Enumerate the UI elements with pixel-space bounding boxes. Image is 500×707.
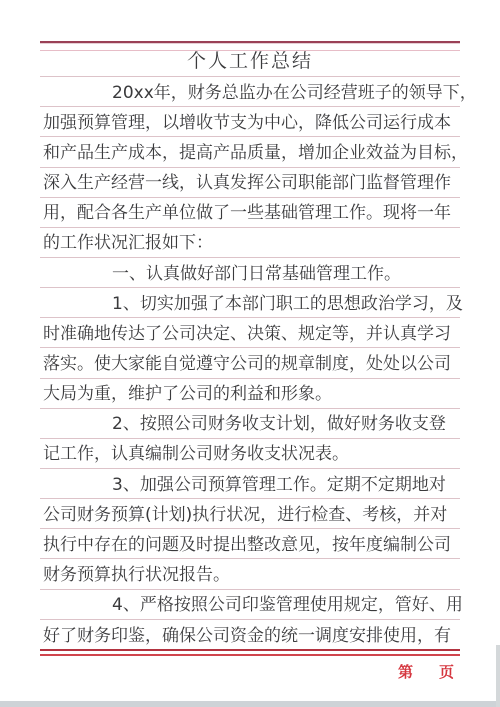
handwritten-line: 财务预算执行状况报告。 (40, 559, 460, 589)
handwritten-line: 记工作，认真编制公司财务收支状况表。 (40, 439, 460, 469)
handwritten-line: 时准确地传达了公司决定、决策、规定等，并认真学习 (40, 318, 460, 348)
handwritten-line: 2、按照公司财务收支计划，做好财务收支登 (40, 409, 460, 439)
handwritten-line: 大局为重，维护了公司的利益和形象。 (40, 379, 460, 409)
handwritten-line: 公司财务预算(计划)执行状况，进行检查、考核，并对 (40, 499, 460, 529)
handwritten-line: 4、严格按照公司印鉴管理使用规定，管好、用 (40, 590, 460, 620)
document-title: 个人工作总结 (40, 47, 460, 77)
footer-page-prefix: 第 (398, 661, 413, 682)
handwritten-line: 的工作状况汇报如下： (40, 228, 460, 258)
handwritten-line: 加强预算管理，以增收节支为中心，降低公司运行成本 (40, 107, 460, 137)
top-margin-rule-thick (40, 41, 460, 43)
ruled-writing-area: 个人工作总结 20xx年，财务总监办在公司经营班子的领导下，加强预算管理，以增收… (40, 47, 460, 650)
handwritten-line: 好了财务印鉴，确保公司资金的统一调度安排使用，有 (40, 620, 460, 650)
handwritten-line: 和产品生产成本，提高产品质量，增加企业效益为目标， (40, 137, 460, 167)
handwritten-line: 落实。使大家能自觉遵守公司的规章制度，处处以公司 (40, 348, 460, 378)
photo-edge-bottom (0, 701, 500, 707)
handwritten-line: 深入生产经营一线，认真发挥公司职能部门监督管理作 (40, 168, 460, 198)
bottom-margin-rule-thick (40, 649, 460, 651)
bottom-margin-rule-thin (40, 654, 460, 656)
footer-page-suffix: 页 (439, 661, 454, 682)
handwritten-line: 3、加强公司预算管理工作。定期不定期地对 (40, 469, 460, 499)
handwritten-line: 一、认真做好部门日常基础管理工作。 (40, 258, 460, 288)
photo-edge-right (496, 645, 500, 707)
handwritten-line: 执行中存在的问题及时提出整改意见，按年度编制公司 (40, 529, 460, 559)
handwritten-line: 1、切实加强了本部门职工的思想政治学习，及 (40, 288, 460, 318)
handwritten-line: 用，配合各生产单位做了一些基础管理工作。现将一年 (40, 198, 460, 228)
handwritten-line: 20xx年，财务总监办在公司经营班子的领导下， (40, 77, 460, 107)
document-page: 个人工作总结 20xx年，财务总监办在公司经营班子的领导下，加强预算管理，以增收… (0, 0, 500, 707)
page-number-footer: 第 页 (398, 661, 454, 682)
